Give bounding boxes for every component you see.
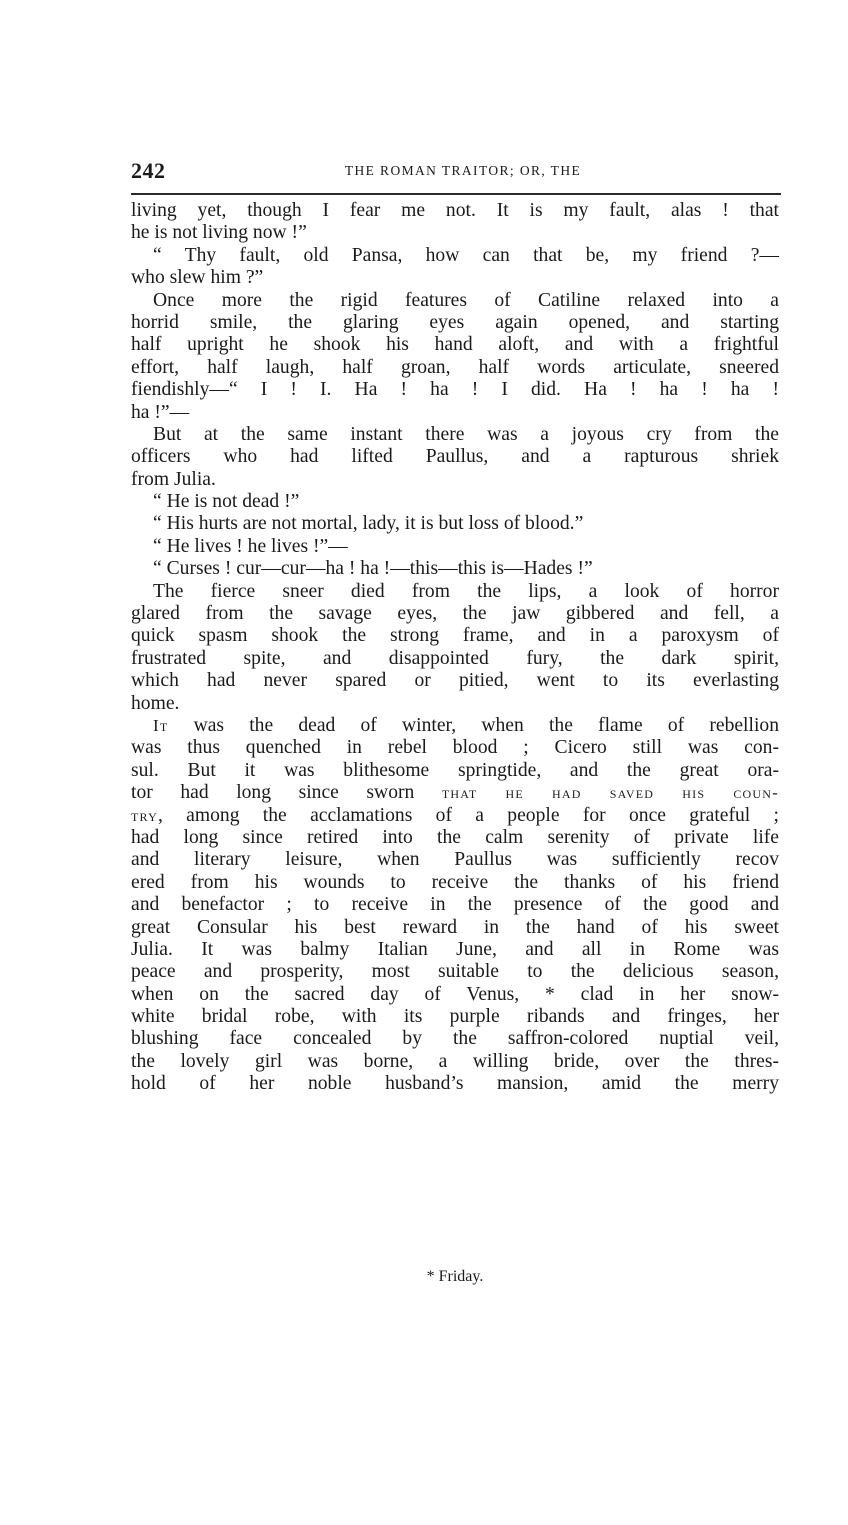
text-line: “ Thy fault, old Pansa, how can that be,… [131, 245, 779, 267]
text-line: officers who had lifted Paullus, and a r… [131, 446, 779, 468]
text-line: “ His hurts are not mortal, lady, it is … [131, 513, 779, 535]
text-line: ha !”— [131, 402, 779, 424]
text-line: he is not living now !” [131, 222, 779, 244]
text-line: try, among the acclamations of a people … [131, 805, 779, 827]
text-span: was the dead of winter, when the flame o… [168, 715, 779, 736]
small-caps-opening: It [153, 716, 168, 735]
small-caps-phrase: try [131, 806, 158, 825]
text-span: tor had long since sworn [131, 782, 442, 803]
text-line: which had never spared or pitied, went t… [131, 670, 779, 692]
paragraph-lines: had long since retired into the calm ser… [131, 827, 779, 1096]
text-line: frustrated spite, and disappointed fury,… [131, 648, 779, 670]
text-line: and literary leisure, when Paullus was s… [131, 849, 779, 871]
text-line: half upright he shook his hand aloft, an… [131, 334, 779, 356]
text-line: glared from the savage eyes, the jaw gib… [131, 603, 779, 625]
header-rule [131, 193, 781, 195]
text-line: sul. But it was blithesome springtide, a… [131, 760, 779, 782]
text-line: But at the same instant there was a joyo… [131, 424, 779, 446]
text-line: quick spasm shook the strong frame, and … [131, 625, 779, 647]
running-title: THE ROMAN TRAITOR; OR, THE [131, 163, 779, 179]
text-line: from Julia. [131, 469, 779, 491]
text-span: , among the acclamations of a people for… [158, 805, 779, 826]
text-line: when on the sacred day of Venus, * clad … [131, 984, 779, 1006]
text-line: Once more the rigid features of Catiline… [131, 290, 779, 312]
text-line: living yet, though I fear me not. It is … [131, 200, 779, 222]
text-line: who slew him ?” [131, 267, 779, 289]
text-line: The fierce sneer died from the lips, a l… [131, 581, 779, 603]
paragraph-winter: It was the dead of winter, when the flam… [131, 715, 779, 1096]
text-line: “ He lives ! he lives !”— [131, 536, 779, 558]
text-line: ered from his wounds to receive the than… [131, 872, 779, 894]
text-line: white bridal robe, with its purple riban… [131, 1006, 779, 1028]
text-line: “ He is not dead !” [131, 491, 779, 513]
text-line: It was the dead of winter, when the flam… [131, 715, 779, 737]
text-line: horrid smile, the glaring eyes again ope… [131, 312, 779, 334]
small-caps-phrase: that he had saved his coun- [442, 783, 779, 802]
text-line: blushing face concealed by the saffron-c… [131, 1028, 779, 1050]
paragraph-block-dialogue: living yet, though I fear me not. It is … [131, 200, 779, 715]
text-line: great Consular his best reward in the ha… [131, 917, 779, 939]
text-line: hold of her noble husband’s mansion, ami… [131, 1073, 779, 1095]
text-line: and benefactor ; to receive in the prese… [131, 894, 779, 916]
footnote: * Friday. [131, 1268, 779, 1286]
text-line: fiendishly—“ I ! I. Ha ! ha ! I did. Ha … [131, 379, 779, 401]
text-line: had long since retired into the calm ser… [131, 827, 779, 849]
text-line: home. [131, 693, 779, 715]
text-line: was thus quenched in rebel blood ; Cicer… [131, 737, 779, 759]
text-line: tor had long since sworn that he had sav… [131, 782, 779, 804]
text-line: effort, half laugh, half groan, half wor… [131, 357, 779, 379]
running-head: 242 THE ROMAN TRAITOR; OR, THE [131, 158, 779, 184]
text-line: the lovely girl was borne, a willing bri… [131, 1051, 779, 1073]
body-text: living yet, though I fear me not. It is … [131, 200, 779, 1096]
text-line: “ Curses ! cur—cur—ha ! ha !—this—this i… [131, 558, 779, 580]
text-line: Julia. It was balmy Italian June, and al… [131, 939, 779, 961]
text-line: peace and prosperity, most suitable to t… [131, 961, 779, 983]
